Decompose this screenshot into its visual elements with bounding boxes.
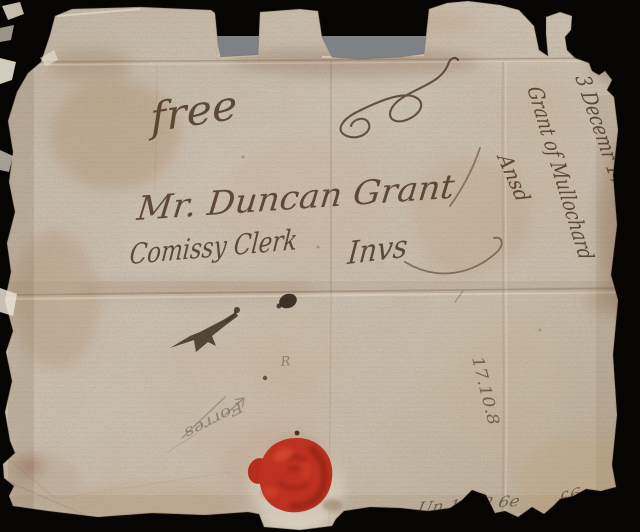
- spot-above-seal: [295, 431, 300, 436]
- smudge-by-seal: [322, 499, 342, 511]
- letter-photograph: free Mr. Duncan Grant Comissy Clerk Invs…: [0, 0, 640, 532]
- letter-photo-svg: free Mr. Duncan Grant Comissy Clerk Invs…: [0, 0, 640, 532]
- pencil-initial: R: [279, 354, 291, 370]
